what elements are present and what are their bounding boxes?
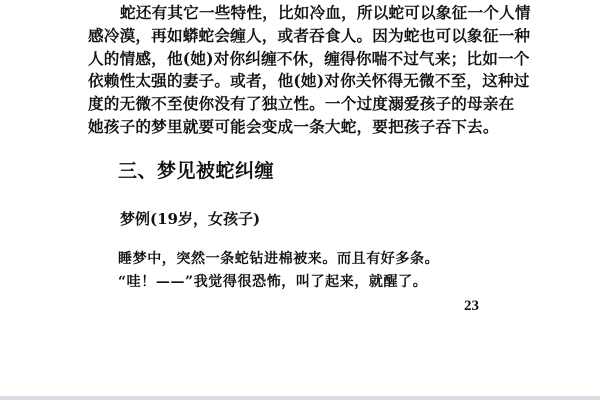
bottom-edge-divider — [0, 396, 600, 400]
dream-case-title: 梦例(19岁，女孩子) — [120, 208, 260, 229]
dream-case-body: 睡梦中，突然一条蛇钻进棉被来。而且有好多条。 “哇！——”我觉得很恐怖，叫了起来… — [118, 248, 439, 294]
document-page: 蛇还有其它一些特性，比如冷血，所以蛇可以象征一个人情 感冷漠，再如蟒蛇会缠人，或… — [0, 0, 600, 396]
paragraph-line: 人的情感，他(她)对你纠缠不休，缠得你喘不过气来；比如一个 — [88, 48, 502, 71]
section-heading: 三、梦见被蛇纠缠 — [118, 156, 274, 183]
paragraph-line: 她孩子的梦里就要可能会变成一条大蛇，要把孩子吞下去。 — [88, 116, 502, 139]
paragraph-line: 感冷漠，再如蟒蛇会缠人，或者吞食人。因为蛇也可以象征一种 — [88, 25, 502, 48]
paragraph-line: 依赖性太强的妻子。或者，他(她)对你关怀得无微不至，这种过 — [88, 70, 502, 93]
page-number: 23 — [464, 298, 479, 315]
dream-case-line: 睡梦中，突然一条蛇钻进棉被来。而且有好多条。 — [118, 248, 439, 271]
paragraph-line: 度的无微不至使你没有了独立性。一个过度溺爱孩子的母亲在 — [88, 93, 502, 116]
dream-case-line: “哇！——”我觉得很恐怖，叫了起来，就醒了。 — [118, 271, 439, 294]
body-paragraph: 蛇还有其它一些特性，比如冷血，所以蛇可以象征一个人情 感冷漠，再如蟒蛇会缠人，或… — [88, 2, 502, 139]
paragraph-line: 蛇还有其它一些特性，比如冷血，所以蛇可以象征一个人情 — [88, 2, 502, 25]
